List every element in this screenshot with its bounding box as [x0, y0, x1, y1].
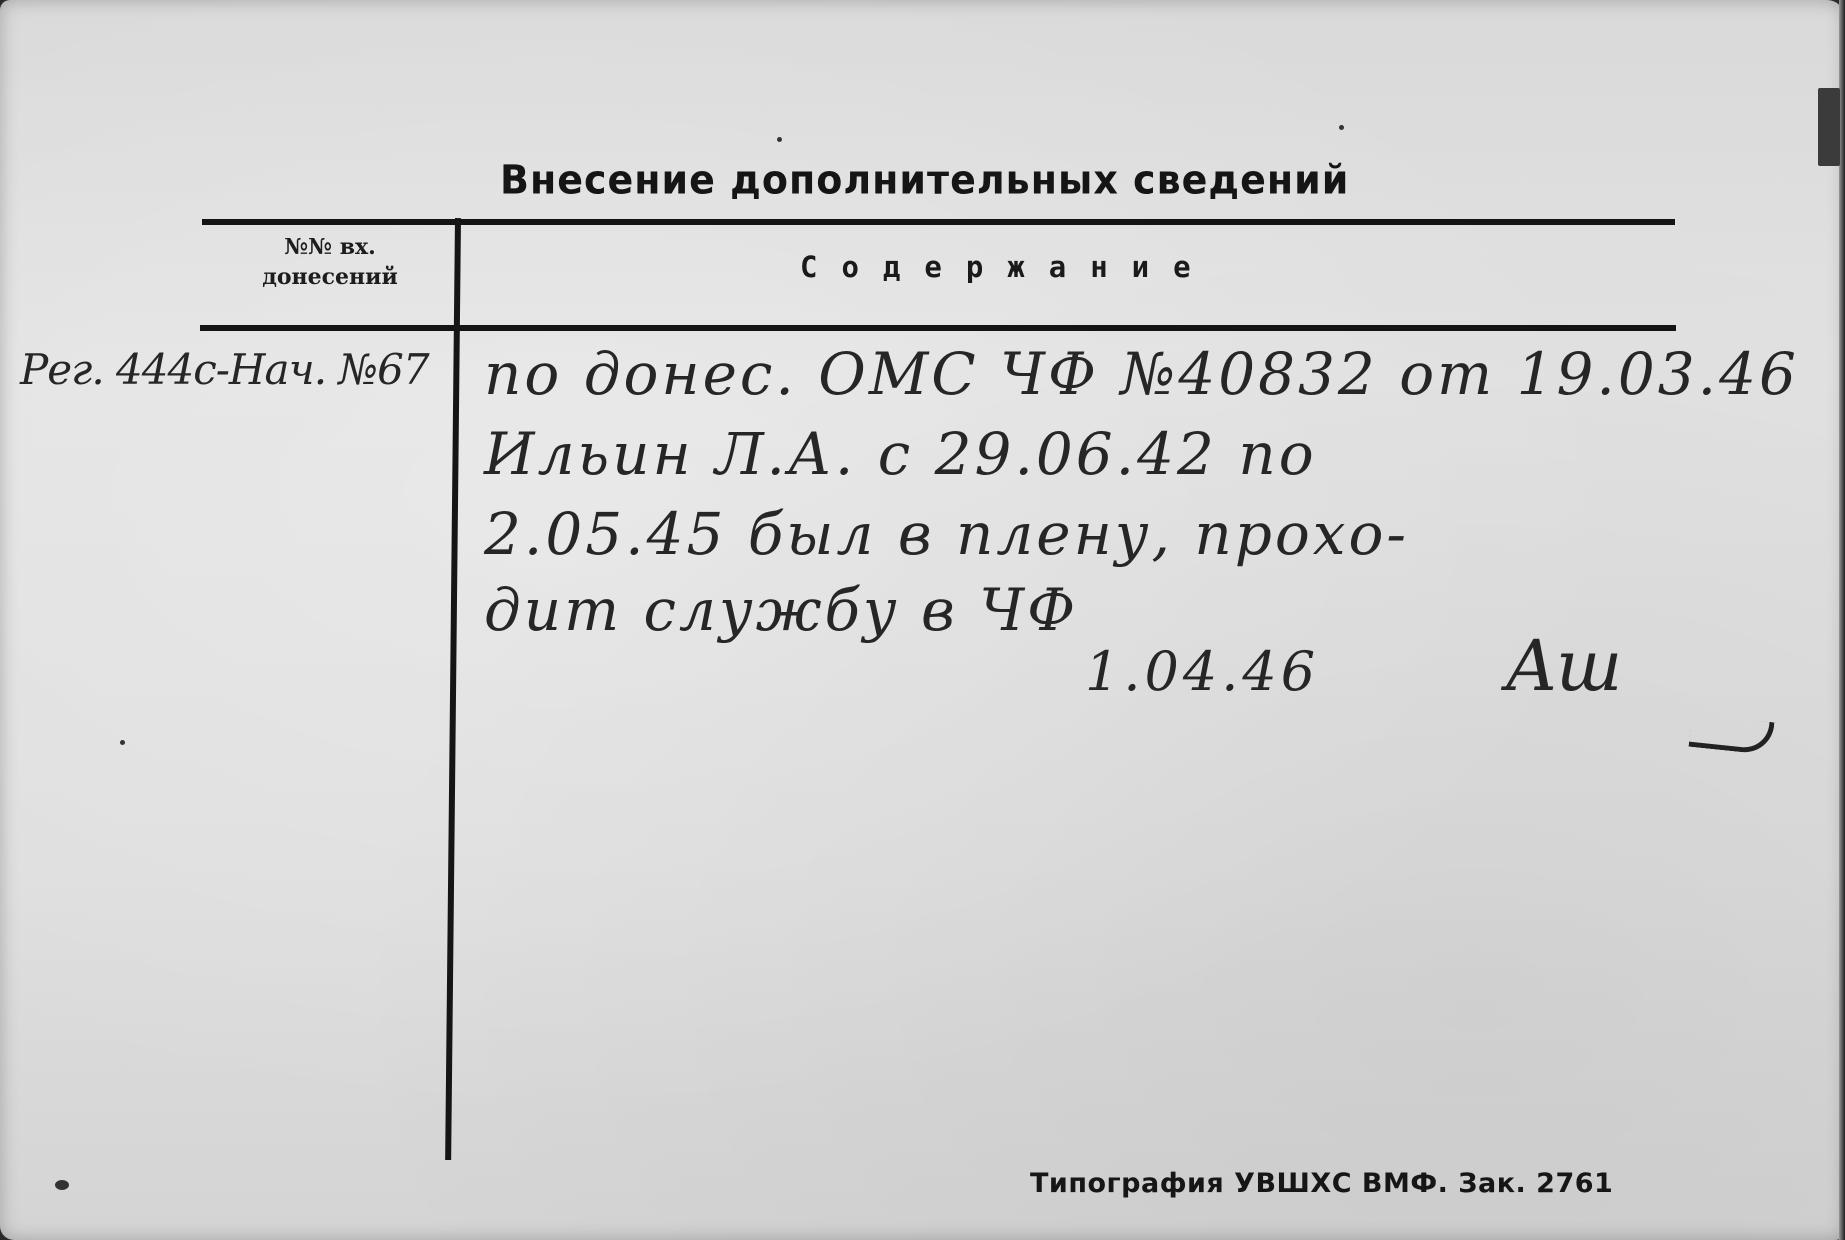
content-line: дит службу в ЧФ: [484, 576, 1078, 644]
index-tab-mark: [1818, 88, 1840, 166]
content-line: Ильин Л.А. с 29.06.42 по: [484, 420, 1317, 488]
report-reference: Рег. 444с-Нач. №67: [20, 345, 429, 394]
printer-imprint: Типография УВШХС ВМФ. Зак. 2761: [1030, 1168, 1613, 1199]
table-top-rule: [202, 219, 1675, 225]
content-line: 2.05.45 был в плену, прохо-: [484, 500, 1409, 568]
content-line: по донес. ОМС ЧФ №40832 от 19.03.46: [484, 340, 1799, 408]
column-header-reports: №№ вх.донесений: [230, 232, 430, 292]
ink-speck: [777, 137, 782, 142]
card-edge: [1839, 0, 1845, 1240]
column-header-content: Содержание: [800, 250, 1215, 284]
ink-speck: [120, 740, 125, 745]
ink-speck: [55, 1180, 69, 1190]
form-title: Внесение дополнительных сведений: [500, 157, 1349, 203]
table-header-rule: [200, 325, 1676, 331]
archival-record-card: Внесение дополнительных сведений №№ вх.д…: [0, 0, 1845, 1240]
column-divider: [445, 218, 461, 1160]
signature: Аш: [1505, 625, 1620, 707]
entry-date: 1.04.46: [1085, 640, 1319, 703]
signature-flourish: [1689, 714, 1775, 755]
ink-speck: [1339, 125, 1344, 130]
